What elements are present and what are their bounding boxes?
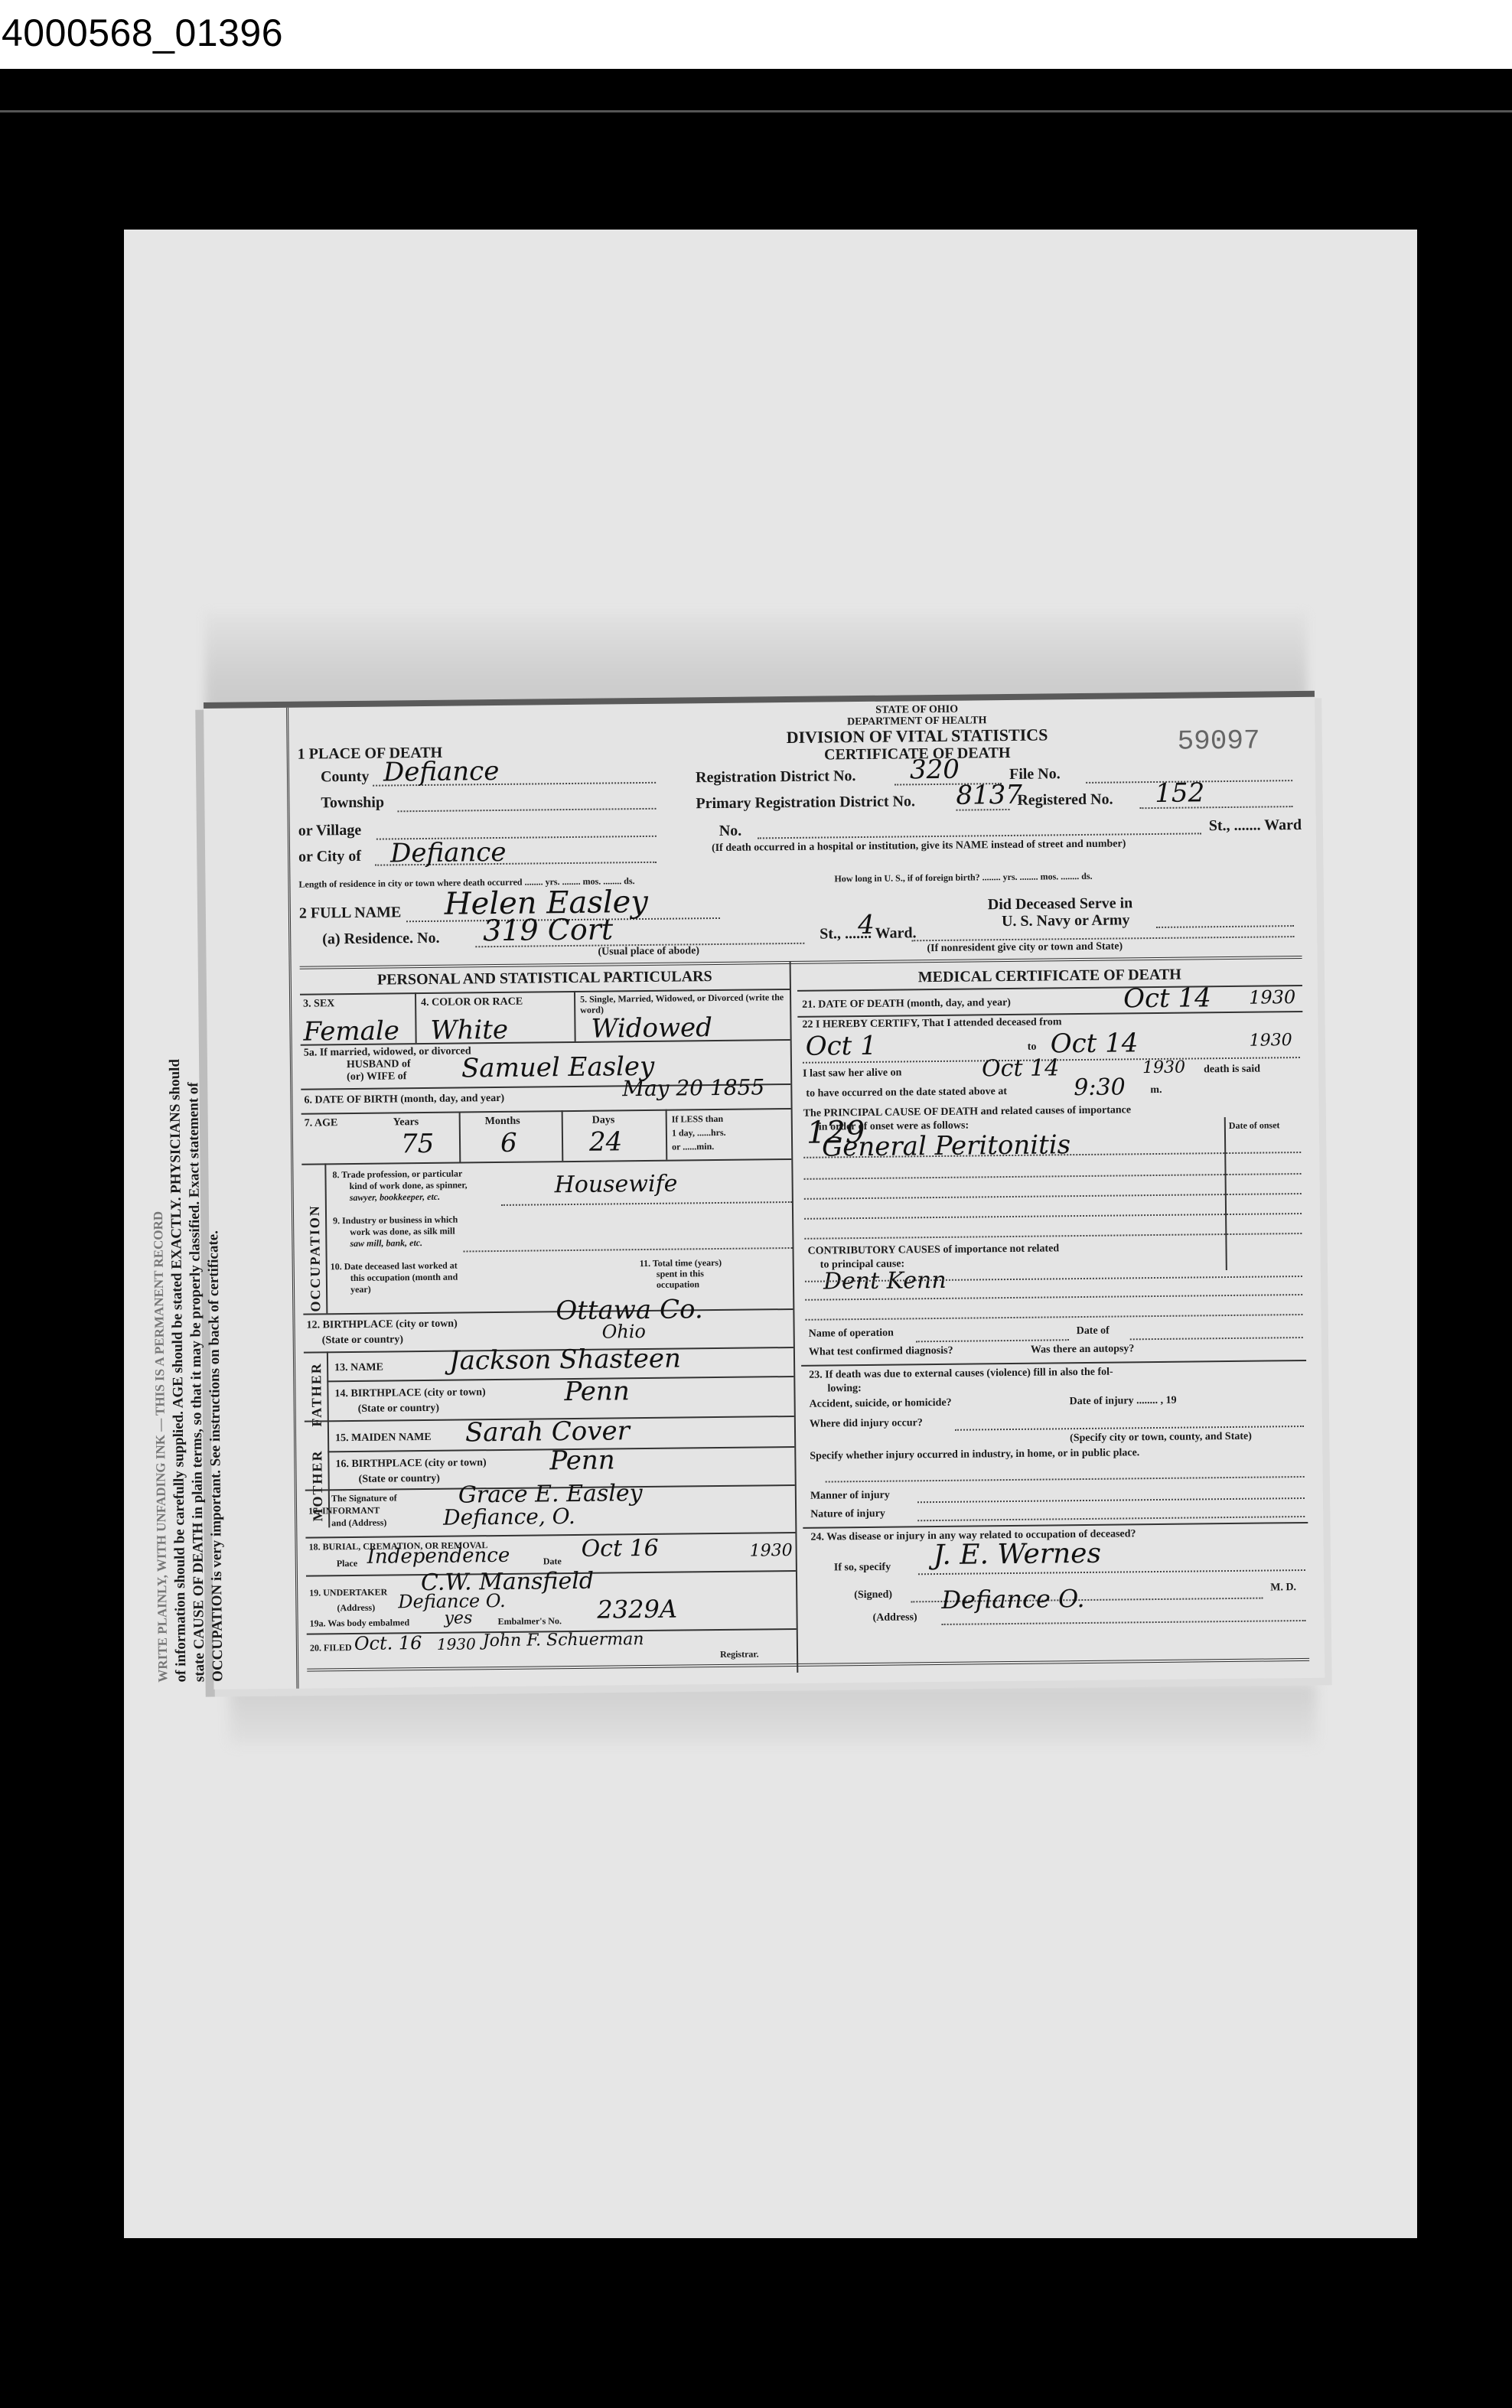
embalmer-no-value: 2329A	[597, 1595, 677, 1624]
dob-label: 6. DATE OF BIRTH (month, day, and year)	[304, 1093, 504, 1107]
embalmed-label: 19a. Was body embalmed	[310, 1617, 410, 1629]
birthplace-label-1: 12. BIRTHPLACE (city or town)	[306, 1318, 457, 1332]
informant-address-value: Defiance, O.	[443, 1504, 575, 1530]
primary-district-value: 8137	[956, 780, 1022, 811]
death-date-label: 21. DATE OF DEATH (month, day, and year)	[802, 997, 1011, 1012]
months-label: Months	[485, 1116, 520, 1128]
certificate-bottom-rule	[307, 1658, 1309, 1672]
burial-year-value: 1930	[750, 1541, 793, 1561]
residence-label: (a) Residence. No.	[322, 930, 440, 949]
spouse-label-3: (or) WIFE of	[347, 1070, 406, 1083]
filed-label: 20. FILED	[310, 1642, 352, 1654]
months-value: 6	[500, 1128, 517, 1158]
years-label: Years	[393, 1116, 419, 1129]
ward-label: Ward	[1264, 816, 1302, 834]
last-saw-year: 1930	[1142, 1058, 1185, 1078]
death-certificate-card: WRITE PLAINLY, WITH UNFADING INK — THIS …	[204, 691, 1325, 1690]
less-label-1: If LESS than	[672, 1112, 726, 1126]
nature-injury-label: Nature of injury	[810, 1508, 885, 1521]
days-label: Days	[592, 1114, 615, 1126]
medical-section-title: MEDICAL CERTIFICATE OF DEATH	[797, 965, 1302, 988]
onset-header: Date of onset	[1229, 1119, 1280, 1132]
mother-birthplace-label-1: 16. BIRTHPLACE (city or town)	[335, 1457, 486, 1471]
if-so-label: If so, specify	[834, 1562, 891, 1575]
father-birthplace-label-2: (State or country)	[358, 1403, 439, 1416]
contributory-label-1: CONTRIBUTORY CAUSES of importance not re…	[807, 1243, 1059, 1257]
marital-label: 5. Single, Married, Widowed, or Divorced…	[580, 992, 787, 1015]
mother-birthplace-value: Penn	[549, 1445, 615, 1476]
residence-value: 319 Cort	[483, 912, 613, 947]
death-said-label: death is said	[1204, 1064, 1260, 1077]
total-time-label-3: occupation	[640, 1279, 722, 1290]
death-year-value: 1930	[1249, 986, 1295, 1008]
specify-injury-label: Specify whether injury occurred in indus…	[810, 1447, 1139, 1463]
hospital-note: (If death occurred in a hospital or inst…	[712, 838, 1126, 855]
last-saw-value: Oct 14	[982, 1054, 1060, 1082]
accident-label: Accident, suicide, or homicide?	[810, 1397, 952, 1411]
birthplace-label-2: (State or country)	[322, 1334, 403, 1347]
filed-year-value: 1930	[437, 1634, 476, 1654]
certify-label: 22 I HEREBY CERTIFY, That I attended dec…	[802, 1016, 1061, 1031]
total-time-label-1: 11. Total time (years)	[640, 1257, 722, 1269]
where-injury-label: Where did injury occur?	[810, 1417, 923, 1431]
burial-date-label: Date	[543, 1556, 562, 1567]
signed-label: (Signed)	[854, 1589, 892, 1602]
manner-injury-label: Manner of injury	[810, 1490, 890, 1503]
operation-label: Name of operation	[809, 1328, 894, 1340]
abode-note: (Usual place of abode)	[598, 945, 699, 958]
burial-date-value: Oct 16	[581, 1535, 659, 1562]
occupation-vertical-label: OCCUPATION	[307, 1204, 324, 1312]
last-saw-label: I last saw her alive on	[803, 1067, 901, 1080]
trade-value: Housewife	[554, 1171, 677, 1199]
autopsy-label: Was there an autopsy?	[1031, 1343, 1135, 1356]
external-cause-label-2: lowing:	[827, 1383, 862, 1395]
mother-name-value: Sarah Cover	[465, 1416, 630, 1448]
where-injury-note: (Specify city or town, county, and State…	[1070, 1431, 1252, 1445]
burial-place-value: Independence	[367, 1544, 510, 1569]
county-label: County	[321, 768, 370, 787]
certificate-form: STATE OF OHIO DEPARTMENT OF HEALTH DIVIS…	[297, 697, 1309, 1689]
years-value: 75	[401, 1129, 435, 1159]
navy-label-2: U. S. Navy or Army	[1002, 911, 1130, 930]
physician-address-value: Defiance O.	[941, 1584, 1085, 1615]
principal-cause-label-1: The PRINCIPAL CAUSE OF DEATH and related…	[803, 1104, 1132, 1119]
spouse-label-1: 5a. If married, widowed, or divorced	[304, 1045, 471, 1059]
test-label: What test confirmed diagnosis?	[809, 1345, 953, 1359]
film-edge-line	[0, 110, 1512, 112]
father-name-value: Jackson Shasteen	[449, 1344, 681, 1377]
township-label: Township	[321, 794, 384, 813]
ward-value: 4	[858, 910, 875, 940]
street-no-label: No.	[719, 823, 742, 840]
embalmed-value: yes	[444, 1608, 472, 1628]
last-worked-label-2: this occupation (month and	[331, 1272, 458, 1285]
registrar-signature: John F. Schuerman	[483, 1630, 644, 1650]
navy-label-1: Did Deceased Serve in	[988, 894, 1133, 914]
trade-label-3: sawyer, bookkeeper, etc.	[333, 1191, 468, 1204]
city-value: Defiance	[390, 837, 507, 869]
mother-name-label: 15. MAIDEN NAME	[335, 1432, 432, 1445]
death-date-value: Oct 14	[1123, 982, 1211, 1014]
operation-date-label: Date of	[1077, 1325, 1110, 1338]
informant-label-3: and (Address)	[308, 1516, 397, 1529]
spouse-label-2: HUSBAND of	[347, 1058, 411, 1071]
sex-label: 3. SEX	[303, 998, 334, 1010]
certificate-stamp-number: 59097	[1177, 725, 1259, 758]
less-label-2: 1 day, ......hrs.	[672, 1126, 726, 1140]
registration-district-label: Registration District No.	[696, 767, 856, 787]
race-label: 4. COLOR OR RACE	[421, 996, 523, 1009]
city-label: or City of	[298, 848, 361, 866]
personal-section-title: PERSONAL AND STATISTICAL PARTICULARS	[300, 967, 790, 990]
dob-value: May 20 1855	[622, 1074, 764, 1101]
registrar-label: Registrar.	[720, 1648, 759, 1660]
margin-instructions: WRITE PLAINLY, WITH UNFADING INK — THIS …	[204, 708, 298, 1690]
image-header-strip: 4000568_01396	[0, 0, 1512, 69]
to-label: to	[1028, 1041, 1037, 1054]
informant-label-1: The Signature of	[308, 1491, 397, 1504]
registered-no-value: 152	[1155, 777, 1204, 809]
father-name-label: 13. NAME	[334, 1362, 383, 1375]
last-worked-label-3: year)	[331, 1283, 458, 1296]
injury-date-label: Date of injury	[1070, 1395, 1134, 1407]
occurred-label: to have occurred on the date stated abov…	[806, 1086, 1007, 1100]
undertaker-address-label: (Address)	[337, 1602, 375, 1615]
physician-address-label: (Address)	[872, 1611, 917, 1624]
full-name-label: 2 FULL NAME	[299, 904, 402, 922]
physician-signature: J. E. Wernes	[934, 1538, 1102, 1571]
nonresident-note: (If nonresident give city or town and St…	[927, 940, 1123, 955]
village-label: or Village	[298, 822, 362, 840]
sex-value: Female	[303, 1015, 399, 1047]
informant-label-2: 17. INFORMANT	[308, 1504, 397, 1517]
filed-value: Oct. 16	[354, 1632, 422, 1654]
registration-district-value: 320	[910, 754, 960, 786]
primary-district-label: Primary Registration District No.	[696, 793, 915, 813]
days-value: 24	[589, 1126, 623, 1157]
father-vertical-label: FATHER	[308, 1362, 325, 1427]
death-time-value: 9:30	[1074, 1074, 1126, 1101]
external-cause-label-1: 23. If death was due to external causes …	[809, 1367, 1113, 1382]
trade-label-2: kind of work done, as spinner,	[333, 1179, 468, 1192]
last-worked-label-1: 10. Date deceased last worked at	[331, 1260, 458, 1273]
race-value: White	[430, 1015, 508, 1046]
attended-from-value: Oct 1	[806, 1031, 877, 1062]
industry-label-3: saw mill, bank, etc.	[333, 1237, 458, 1250]
md-label: M. D.	[1270, 1582, 1296, 1594]
attended-to-year: 1930	[1250, 1031, 1292, 1051]
county-value: Defiance	[383, 756, 500, 788]
birthplace-state-value: Ohio	[601, 1321, 646, 1343]
image-id: 4000568_01396	[2, 11, 283, 55]
industry-label-1: 9. Industry or business in which	[333, 1214, 458, 1227]
embalmer-label: Embalmer's No.	[498, 1615, 562, 1628]
father-birthplace-value: Penn	[564, 1376, 630, 1407]
foreign-birth-label: How long in U. S., if of foreign birth?	[834, 872, 979, 884]
column-divider	[790, 961, 799, 1673]
time-suffix: m.	[1150, 1084, 1162, 1096]
attended-to-value: Oct 14	[1051, 1028, 1139, 1059]
less-label-3: or ......min.	[672, 1139, 726, 1154]
mother-birthplace-label-2: (State or country)	[359, 1473, 440, 1486]
industry-label-2: work was done, as silk mill	[333, 1226, 458, 1239]
burial-place-label: Place	[337, 1558, 357, 1569]
total-time-label-2: spent in this	[640, 1268, 722, 1279]
father-birthplace-label-1: 14. BIRTHPLACE (city or town)	[334, 1386, 485, 1400]
undertaker-label: 19. UNDERTAKER	[309, 1587, 387, 1599]
registered-no-label: Registered No.	[1017, 791, 1113, 810]
age-label: 7. AGE	[305, 1117, 338, 1129]
